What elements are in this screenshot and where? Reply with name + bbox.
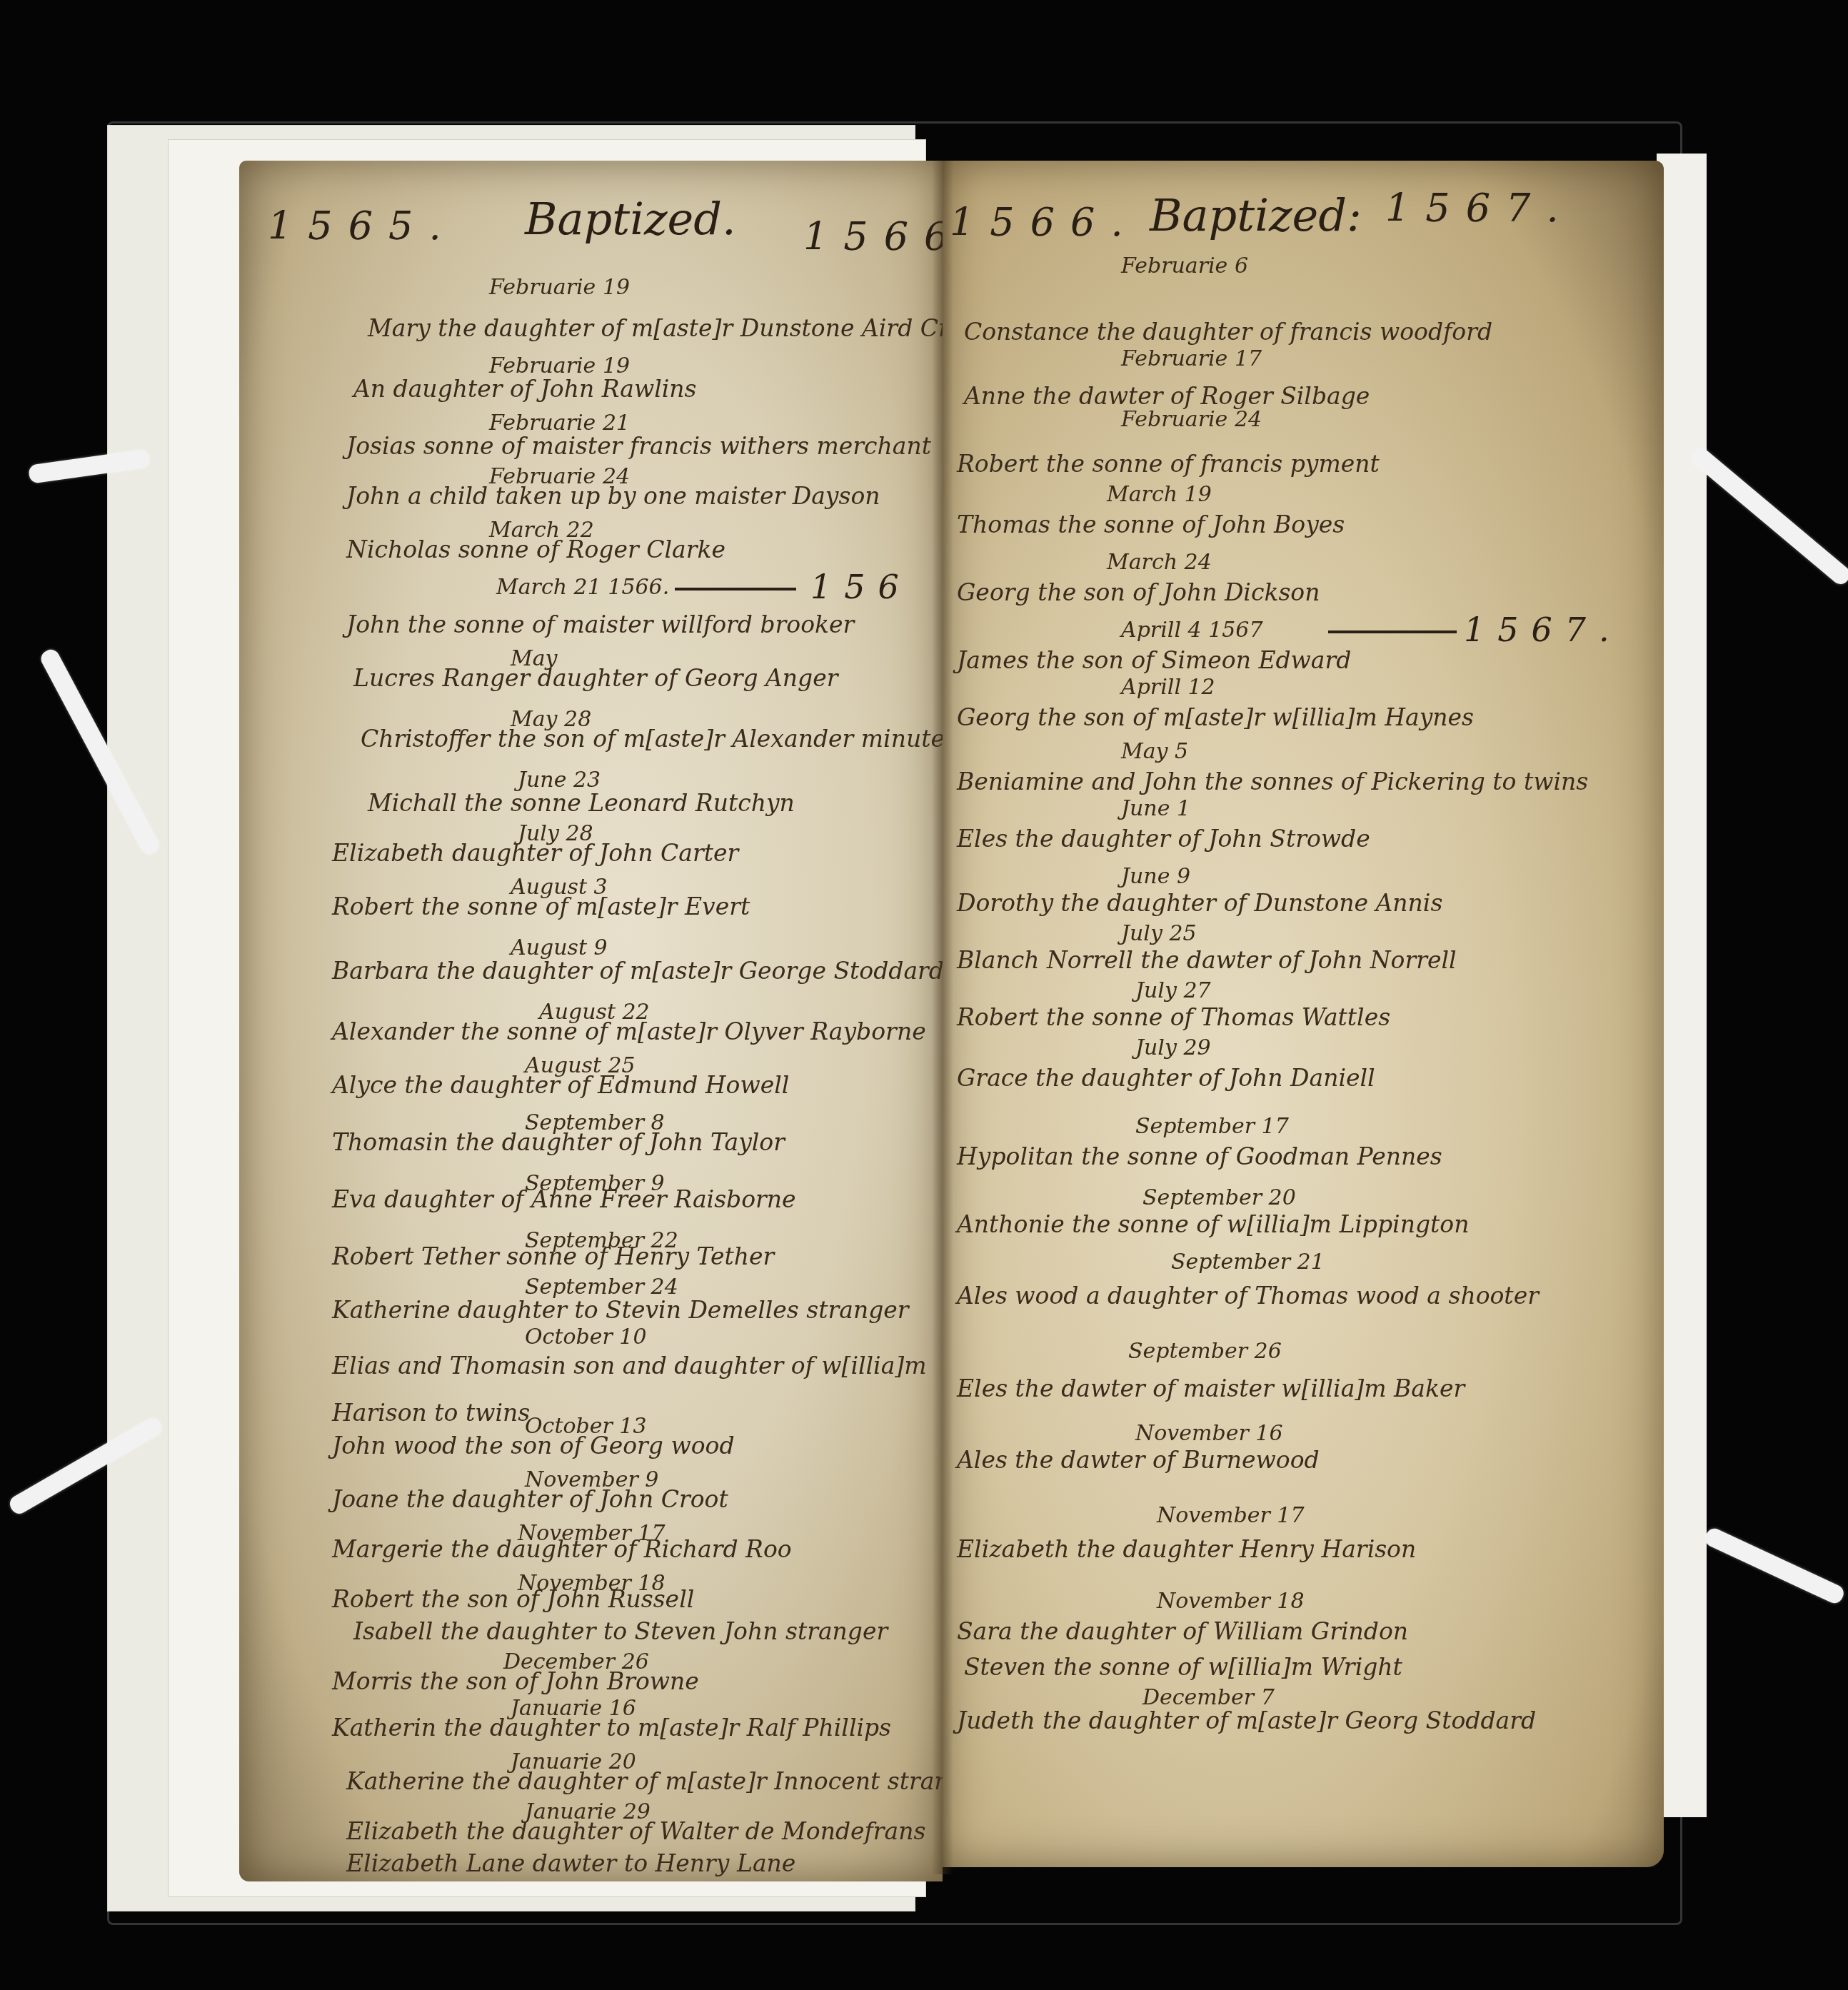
year-break-rule — [675, 588, 796, 591]
entry-date: September 21 — [1171, 1250, 1325, 1275]
entry-date: March 24 — [1107, 550, 1212, 575]
book-gutter — [932, 161, 953, 1874]
entry-text: Lucres Ranger daughter of Georg Anger — [353, 664, 838, 692]
entry-text: Sara the daughter of William Grindon — [957, 1617, 1408, 1645]
year-break-date: Aprill 4 1567 — [1121, 618, 1263, 643]
entry-date: July 25 — [1121, 921, 1197, 946]
entry-date: June 9 — [1121, 864, 1190, 889]
entry-text: Joane the daughter of John Croot — [332, 1485, 728, 1513]
entry-text: Eles the dawter of maister w[illia]m Bak… — [957, 1375, 1465, 1402]
entry-date: July 27 — [1135, 978, 1211, 1003]
register-page-left: 1565. Baptized. 1566 Februarie 19 Mary t… — [239, 161, 943, 1881]
entry-text: Elizabeth daughter of John Carter — [332, 839, 738, 867]
entry-text: Margerie the daughter of Richard Roo — [332, 1535, 792, 1563]
entry-text: Hypolitan the sonne of Goodman Pennes — [957, 1142, 1442, 1170]
entry-date: July 29 — [1135, 1035, 1211, 1060]
entry-text: Michall the sonne Leonard Rutchyn — [368, 789, 795, 817]
entry-text: Georg the son of m[aste]r w[illia]m Hayn… — [957, 703, 1474, 731]
entry-date: Februarie 19 — [489, 275, 630, 300]
entry-text: Alyce the daughter of Edmund Howell — [332, 1071, 789, 1099]
entry-text: Robert the son of John Russell — [332, 1585, 694, 1613]
entry-date: May 5 — [1121, 739, 1188, 764]
entry-text: Mary the daughter of m[aste]r Dunstone A… — [368, 314, 943, 342]
entry-text: Nicholas sonne of Roger Clarke — [346, 536, 725, 563]
entry-text: Beniamine and John the sonnes of Pickeri… — [957, 768, 1588, 795]
entry-text: Morris the son of John Browne — [332, 1667, 699, 1695]
year-break-rule — [1328, 630, 1457, 633]
entry-text: Constance the daughter of francis woodfo… — [964, 318, 1492, 346]
entry-text: John the sonne of maister willford brook… — [346, 610, 854, 638]
entry-text: Isabell the daughter to Steven John stra… — [353, 1617, 888, 1645]
entry-text: Anthonie the sonne of w[illia]m Lippingt… — [957, 1210, 1469, 1238]
entry-text: Robert the sonne of Thomas Wattles — [957, 1003, 1390, 1031]
entry-text: Katherine daughter to Stevin Demelles st… — [332, 1296, 909, 1324]
entry-date: Aprill 12 — [1121, 675, 1215, 700]
entry-text: Judeth the daughter of m[aste]r Georg St… — [957, 1707, 1536, 1734]
entry-date: November 16 — [1135, 1421, 1282, 1446]
entry-text: James the son of Simeon Edward — [957, 646, 1351, 674]
entry-text: Katherin the daughter to m[aste]r Ralf P… — [332, 1714, 891, 1742]
entry-text: Elizabeth Lane dawter to Henry Lane — [346, 1849, 795, 1877]
entry-text: Eles the daughter of John Strowde — [957, 825, 1370, 853]
year-break-date: March 21 1566. — [496, 575, 669, 600]
entry-text: Dorothy the daughter of Dunstone Annis — [957, 889, 1442, 917]
entry-date: June 1 — [1121, 796, 1190, 821]
baptism-entry-list: Februarie 19 Mary the daughter of m[aste… — [239, 161, 943, 1881]
entry-text: Josias sonne of maister francis withers … — [346, 432, 931, 460]
entry-text: Barbara the daughter of m[aste]r George … — [332, 957, 943, 985]
cloth-tie-right-lower — [1702, 1526, 1846, 1606]
entry-text: An daughter of John Rawlins — [353, 375, 697, 403]
entry-text: Robert the sonne of m[aste]r Evert — [332, 893, 750, 920]
entry-text: Grace the daughter of John Daniell — [957, 1064, 1375, 1092]
entry-text: Steven the sonne of w[illia]m Wright — [964, 1653, 1402, 1681]
entry-text: Robert the sonne of francis pyment — [957, 450, 1380, 478]
entry-date: September 17 — [1135, 1114, 1289, 1139]
entry-text: Robert Tether sonne of Henry Tether — [332, 1242, 774, 1270]
entry-date: Februarie 17 — [1121, 346, 1262, 371]
entry-text: Anne the dawter of Roger Silbage — [964, 382, 1370, 410]
entry-text: Thomasin the daughter of John Taylor — [332, 1128, 785, 1156]
register-page-right: 1566. Baptized: 1567. Februarie 6 Consta… — [943, 161, 1664, 1867]
entry-date: September 26 — [1128, 1339, 1282, 1364]
entry-text: Ales the dawter of Burnewood — [957, 1446, 1320, 1474]
year-break-marker: 1567. — [1464, 610, 1622, 649]
entry-text: Katherine the daughter of m[aste]r Innoc… — [346, 1767, 943, 1795]
entry-text: John a child taken up by one maister Day… — [346, 482, 880, 510]
entry-text: Elizabeth the daughter Henry Harison — [957, 1535, 1416, 1563]
entry-text: Georg the son of John Dickson — [957, 578, 1320, 606]
entry-text: Thomas the sonne of John Boyes — [957, 511, 1345, 538]
entry-date: September 20 — [1143, 1185, 1296, 1210]
entry-date: Februarie 24 — [1121, 407, 1262, 432]
entry-text: Elizabeth the daughter of Walter de Mond… — [346, 1817, 925, 1845]
entry-text: Alexander the sonne of m[aste]r Olyver R… — [332, 1017, 926, 1045]
entry-text: Eva daughter of Anne Freer Raisborne — [332, 1185, 796, 1213]
entry-date: Februarie 6 — [1121, 253, 1248, 278]
entry-text: Blanch Norrell the dawter of John Norrel… — [957, 946, 1457, 974]
cloth-tie-right-upper — [1688, 445, 1848, 588]
entry-date: November 18 — [1157, 1589, 1304, 1614]
entry-text: John wood the son of Georg wood — [332, 1432, 735, 1459]
baptism-entry-list: Februarie 6 Constance the daughter of fr… — [943, 161, 1664, 1867]
entry-text: Christoffer the son of m[aste]r Alexande… — [361, 725, 943, 753]
year-break-marker: 156 — [810, 568, 912, 606]
archival-folder-right — [1657, 154, 1707, 1817]
entry-text: Ales wood a daughter of Thomas wood a sh… — [957, 1282, 1642, 1310]
entry-date: March 19 — [1107, 482, 1212, 507]
entry-date: November 17 — [1157, 1503, 1304, 1528]
